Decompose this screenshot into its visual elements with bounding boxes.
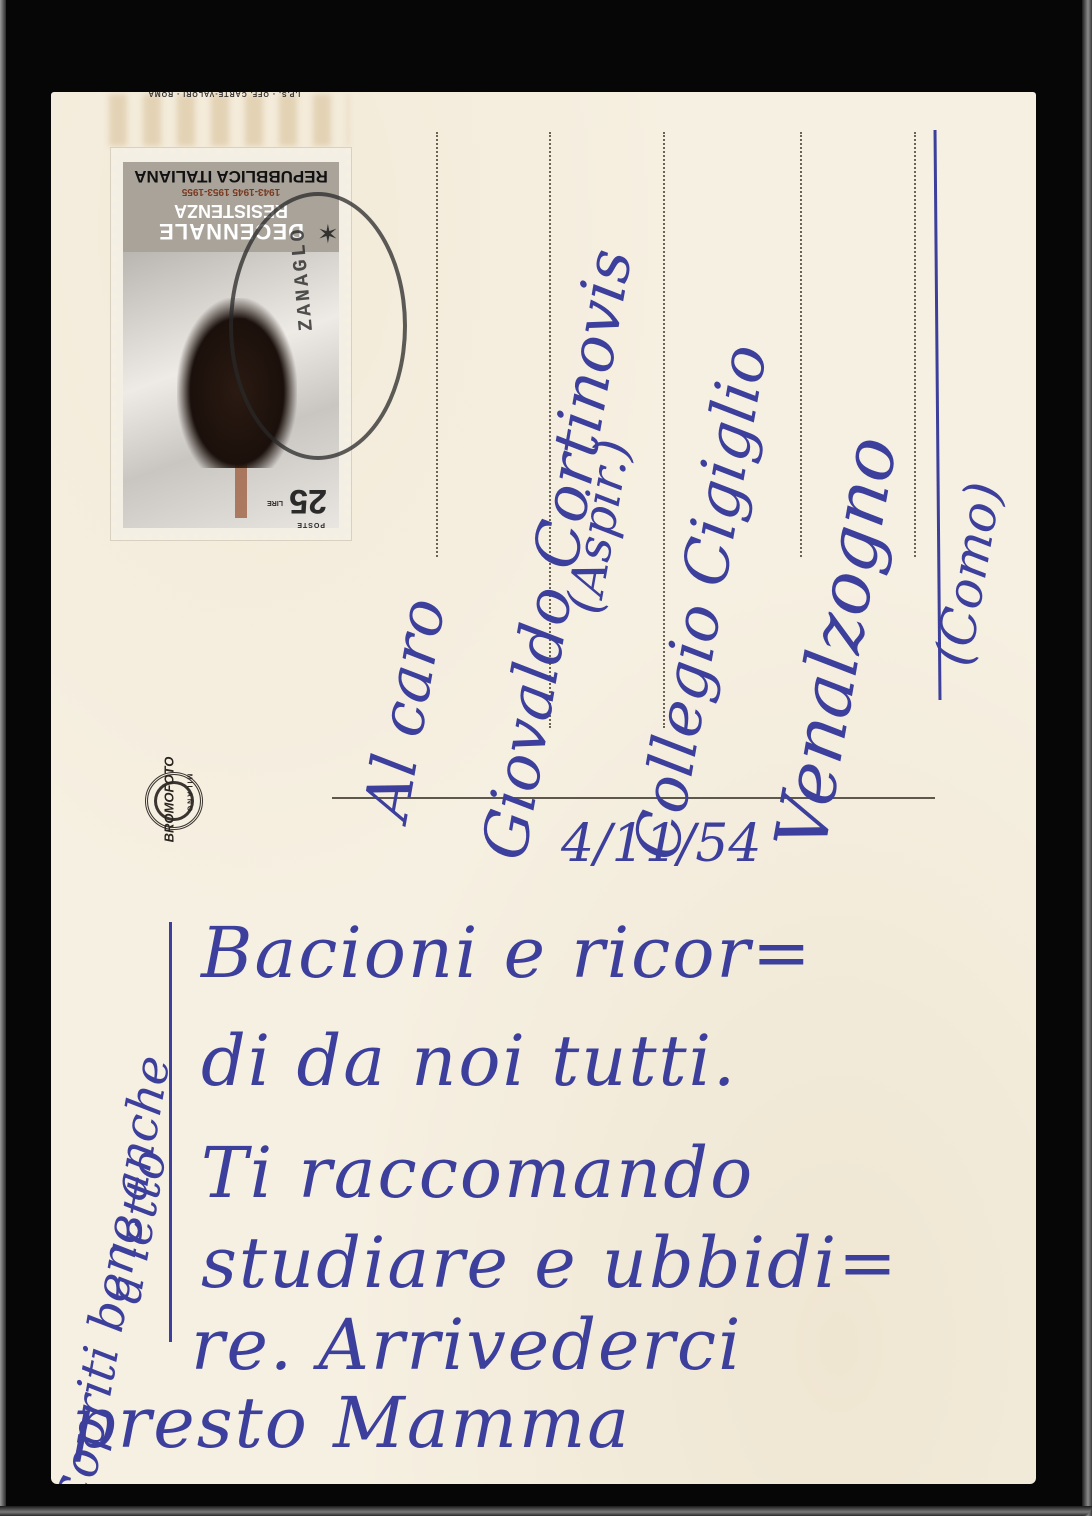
stamp-denomination: 25 — [289, 481, 327, 520]
address-line: Al caro — [349, 593, 460, 825]
message-line: re. Arrivederci — [191, 1304, 743, 1386]
holder-rim — [0, 1506, 1092, 1516]
date: 4/11/54 — [561, 814, 761, 874]
message-signature-line: presto Mamma — [71, 1382, 631, 1464]
holder-rim — [0, 0, 6, 1516]
star-icon: ✶ — [317, 220, 339, 250]
stamp-currency: LIRE — [267, 499, 283, 506]
message-line: di da noi tutti. — [201, 1020, 737, 1102]
side-note-underline — [169, 922, 172, 1342]
message-line: Ti raccomando — [201, 1132, 754, 1214]
stamp-printer: I.P.S. - OFF. CARTE-VALORI - ROMA — [109, 92, 339, 97]
card-holder: POSTE 25 LIRE DECENNALE RESISTENZA 1943-… — [0, 0, 1092, 1516]
address-line: Collegio Cigiglio — [619, 339, 781, 865]
address-guide-line — [914, 132, 916, 557]
publisher-name: BROMOFOTO — [162, 740, 177, 860]
message-line: studiare e ubbidi= — [201, 1222, 899, 1304]
address-guide-line — [800, 132, 802, 557]
holder-rim — [1082, 0, 1092, 1516]
postcard: POSTE 25 LIRE DECENNALE RESISTENZA 1943-… — [51, 92, 1036, 1484]
address-guide-line — [436, 132, 438, 557]
publisher-city: MILANO — [185, 774, 192, 814]
stamp-country: REPUBBLICA ITALIANA — [123, 166, 339, 186]
paper-stain — [109, 94, 349, 146]
message-line: Bacioni e ricor= — [201, 912, 813, 994]
address-line: Venalzogno — [758, 430, 913, 856]
publisher-logo: BROMOFOTO MILANO — [139, 742, 209, 862]
stamp-label: POSTE — [296, 521, 325, 528]
